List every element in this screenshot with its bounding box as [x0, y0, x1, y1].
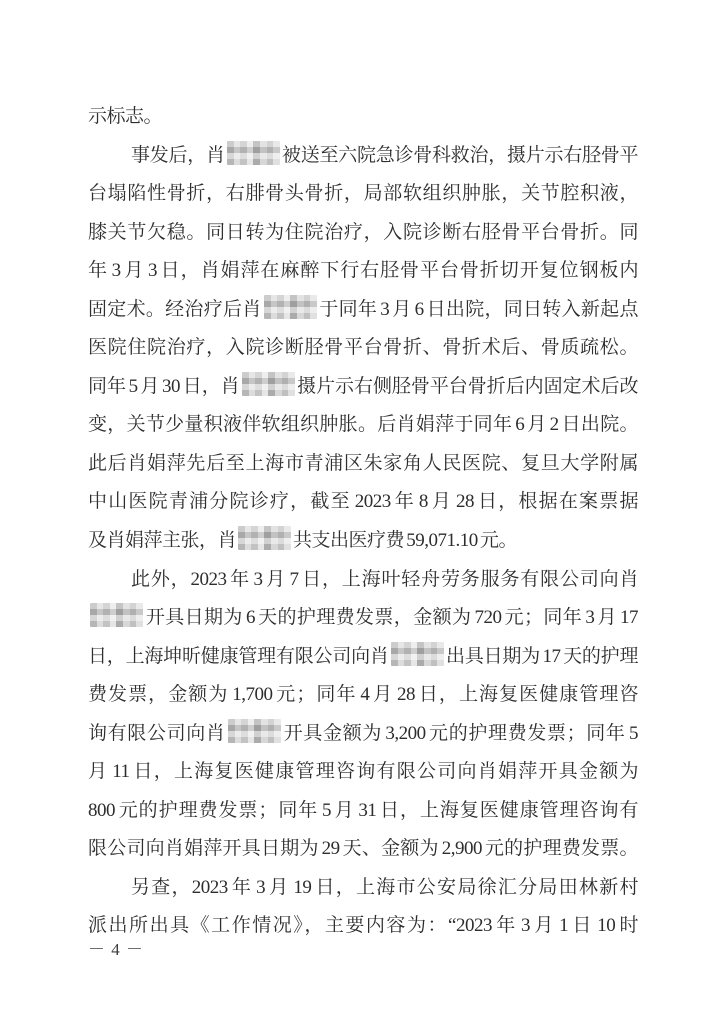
- text-segment: 派出所出具《工作情况》，主要内容为：“2023 年 3 月 1 日 10 时: [88, 915, 638, 936]
- text-segment: 示标志。: [88, 106, 162, 127]
- text-segment: 年 3 月 3 日，肖娟萍在麻醉下行右胫骨平台骨折切开复位钢板内: [88, 260, 638, 281]
- text-line: 限公司向肖娟萍开具日期为 29 天、金额为 2,900 元的护理费发票。: [88, 830, 638, 869]
- text-segment: 月 11 日，上海复医健康管理咨询有限公司向肖娟萍开具金额为: [88, 761, 638, 782]
- text-segment: 及肖娟萍主张，肖: [88, 530, 236, 551]
- text-line: 医院住院治疗，入院诊断胫骨平台骨折、骨折术后、骨质疏松。: [88, 329, 638, 368]
- text-segment: 台塌陷性骨折，右腓骨头骨折，局部软组织肿胀，关节腔积液，: [88, 183, 638, 204]
- text-segment: 被送至六院急诊骨科救治，摄片示右胫骨平: [282, 145, 638, 166]
- text-line: 示标志。: [88, 98, 638, 137]
- text-line: 变，关节少量积液伴软组织肿胀。后肖娟萍于同年 6 月 2 日出院。: [88, 406, 638, 445]
- text-segment: 开具日期为 6 天的护理费发票，金额为 720 元；同年 3 月 17: [145, 607, 638, 628]
- page-number: － 4 －: [88, 938, 144, 962]
- text-line: 中山医院青浦分院诊疗，截至 2023 年 8 月 28 日，根据在案票据: [88, 483, 638, 522]
- text-segment: 共支出医疗费 59,071.10 元。: [293, 530, 517, 551]
- text-segment: 医院住院治疗，入院诊断胫骨平台骨折、骨折术后、骨质疏松。: [88, 337, 638, 358]
- document-page: 示标志。事发后，肖被送至六院急诊骨科救治，摄片示右胫骨平台塌陷性骨折，右腓骨头骨…: [0, 0, 724, 1024]
- text-segment: 800 元的护理费发票；同年 5 月 31 日，上海复医健康管理咨询有: [88, 800, 638, 821]
- text-line: 另查，2023 年 3 月 19 日，上海市公安局徐汇分局田林新村: [88, 869, 638, 908]
- text-segment: 另查，2023 年 3 月 19 日，上海市公安局徐汇分局田林新村: [131, 877, 638, 898]
- text-segment: 于同年 3 月 6 日出院，同日转入新起点: [319, 299, 638, 320]
- text-segment: 开具金额为 3,200 元的护理费发票；同年 5: [283, 723, 638, 744]
- text-line: 此外，2023 年 3 月 7 日，上海叶轻舟劳务服务有限公司向肖: [88, 561, 638, 600]
- text-line: 开具日期为 6 天的护理费发票，金额为 720 元；同年 3 月 17: [88, 599, 638, 638]
- text-line: 此后肖娟萍先后至上海市青浦区朱家角人民医院、复旦大学附属: [88, 445, 638, 484]
- body-text: 示标志。事发后，肖被送至六院急诊骨科救治，摄片示右胫骨平台塌陷性骨折，右腓骨头骨…: [88, 98, 638, 946]
- text-segment: 固定术。经治疗后肖: [88, 299, 262, 320]
- redaction-blur: [264, 295, 317, 319]
- text-segment: 此外，2023 年 3 月 7 日，上海叶轻舟劳务服务有限公司向肖: [131, 569, 638, 590]
- text-segment: 膝关节欠稳。同日转为住院治疗，入院诊断右胫骨平台骨折。同: [88, 222, 638, 243]
- text-segment: 变，关节少量积液伴软组织肿胀。后肖娟萍于同年 6 月 2 日出院。: [88, 414, 638, 435]
- text-segment: 中山医院青浦分院诊疗，截至 2023 年 8 月 28 日，根据在案票据: [88, 491, 638, 512]
- text-line: 800 元的护理费发票；同年 5 月 31 日，上海复医健康管理咨询有: [88, 792, 638, 831]
- text-segment: 日，上海坤昕健康管理有限公司向肖: [88, 646, 389, 667]
- text-segment: 同年 5 月 30 日，肖: [88, 376, 240, 397]
- redaction-blur: [227, 141, 280, 165]
- text-line: 费发票，金额为 1,700 元；同年 4 月 28 日，上海复医健康管理咨: [88, 676, 638, 715]
- text-segment: 限公司向肖娟萍开具日期为 29 天、金额为 2,900 元的护理费发票。: [88, 838, 638, 859]
- redaction-blur: [391, 642, 444, 666]
- redaction-blur: [228, 719, 281, 743]
- redaction-blur: [238, 526, 291, 550]
- text-line: 月 11 日，上海复医健康管理咨询有限公司向肖娟萍开具金额为: [88, 753, 638, 792]
- text-line: 同年 5 月 30 日，肖摄片示右侧胫骨平台骨折后内固定术后改: [88, 368, 638, 407]
- redaction-blur: [90, 603, 143, 627]
- text-line: 年 3 月 3 日，肖娟萍在麻醉下行右胫骨平台骨折切开复位钢板内: [88, 252, 638, 291]
- text-line: 派出所出具《工作情况》，主要内容为：“2023 年 3 月 1 日 10 时: [88, 907, 638, 946]
- text-segment: 费发票，金额为 1,700 元；同年 4 月 28 日，上海复医健康管理咨: [88, 684, 638, 705]
- text-line: 事发后，肖被送至六院急诊骨科救治，摄片示右胫骨平: [88, 137, 638, 176]
- text-segment: 出具日期为 17 天的护理: [446, 646, 638, 667]
- text-segment: 此后肖娟萍先后至上海市青浦区朱家角人民医院、复旦大学附属: [88, 453, 638, 474]
- text-line: 台塌陷性骨折，右腓骨头骨折，局部软组织肿胀，关节腔积液，: [88, 175, 638, 214]
- text-line: 膝关节欠稳。同日转为住院治疗，入院诊断右胫骨平台骨折。同: [88, 214, 638, 253]
- text-line: 及肖娟萍主张，肖共支出医疗费 59,071.10 元。: [88, 522, 638, 561]
- text-line: 日，上海坤昕健康管理有限公司向肖出具日期为 17 天的护理: [88, 638, 638, 677]
- text-segment: 摄片示右侧胫骨平台骨折后内固定术后改: [297, 376, 638, 397]
- text-segment: 询有限公司向肖: [88, 723, 226, 744]
- text-segment: 事发后，肖: [131, 145, 225, 166]
- text-line: 询有限公司向肖开具金额为 3,200 元的护理费发票；同年 5: [88, 715, 638, 754]
- text-line: 固定术。经治疗后肖于同年 3 月 6 日出院，同日转入新起点: [88, 291, 638, 330]
- redaction-blur: [242, 372, 295, 396]
